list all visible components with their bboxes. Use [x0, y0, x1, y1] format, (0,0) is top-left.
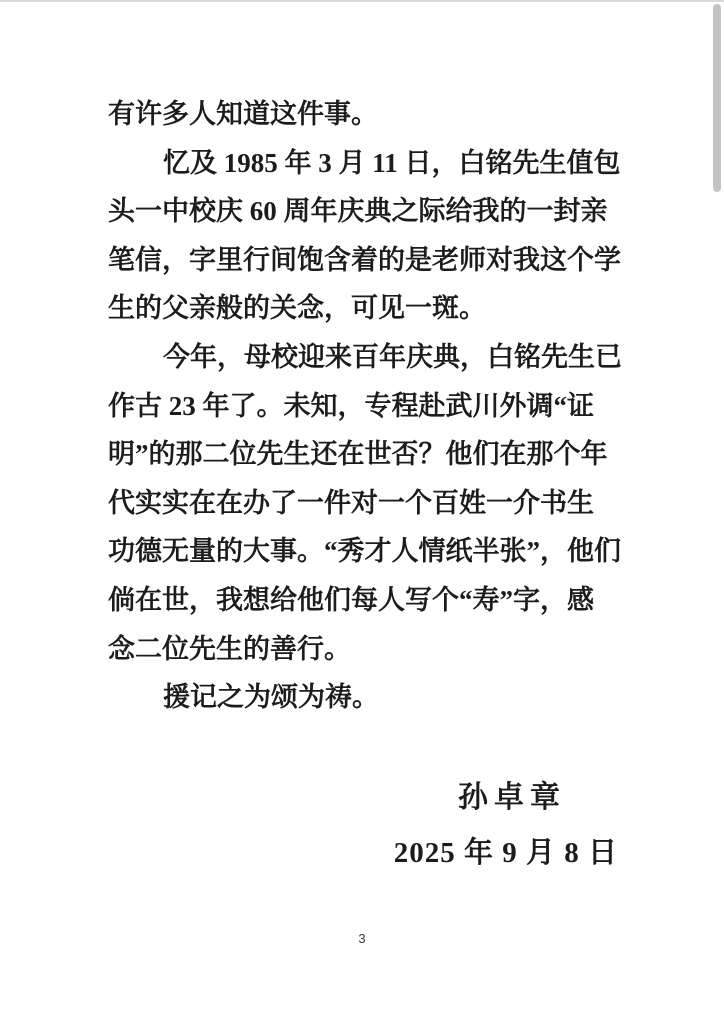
text-line: 作古 23 年了。未知，专程赴武川外调“证 — [108, 382, 622, 431]
text-line: 头一中校庆 60 周年庆典之际给我的一封亲 — [108, 187, 622, 236]
signature-name: 孙卓章 — [394, 772, 618, 816]
text-line: 功德无量的大事。“秀才人情纸半张”，他们 — [108, 527, 622, 576]
text-line: 明”的那二位先生还在世否？他们在那个年 — [108, 430, 622, 479]
scrollbar-thumb[interactable] — [713, 4, 721, 192]
text-line: 忆及 1985 年 3 月 11 日，白铭先生值包 — [108, 139, 622, 188]
text-line: 有许多人知道这件事。 — [108, 90, 622, 139]
text-line: 倘在世，我想给他们每人写个“寿”字，感 — [108, 576, 622, 625]
document-page: 有许多人知道这件事。 忆及 1985 年 3 月 11 日，白铭先生值包 头一中… — [0, 0, 724, 1024]
text-line: 援记之为颂为祷。 — [108, 673, 622, 722]
text-line: 今年，母校迎来百年庆典，白铭先生已 — [108, 333, 622, 382]
letter-body: 有许多人知道这件事。 忆及 1985 年 3 月 11 日，白铭先生值包 头一中… — [108, 90, 622, 722]
text-line: 念二位先生的善行。 — [108, 625, 622, 674]
letter-date: 2025 年 9 月 8 日 — [394, 830, 618, 871]
page-top-border — [0, 0, 724, 2]
text-line: 生的父亲般的关念，可见一斑。 — [108, 284, 622, 333]
text-line: 笔信，字里行间饱含着的是老师对我这个学 — [108, 236, 622, 285]
page-number: 3 — [0, 931, 724, 946]
signature-block: 孙卓章 2025 年 9 月 8 日 — [394, 772, 618, 871]
text-line: 代实实在在办了一件对一个百姓一介书生 — [108, 479, 622, 528]
